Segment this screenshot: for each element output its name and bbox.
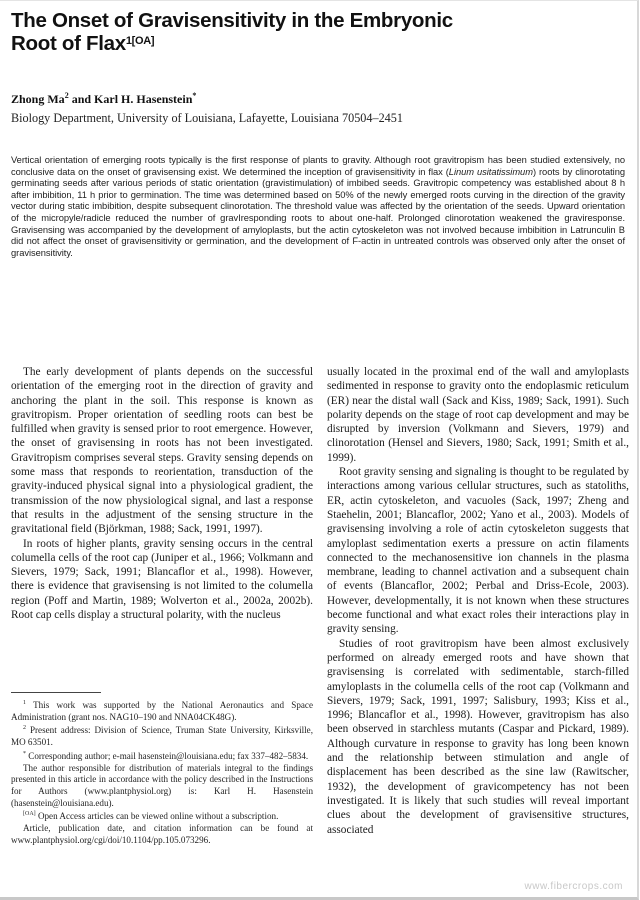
footnote: * Corresponding author; e-mail hasenstei… (11, 749, 313, 763)
author-conjunction: and (69, 92, 94, 106)
title-line-2: Root of Flax (11, 32, 126, 55)
footnote-marker: [OA] (23, 811, 36, 817)
body-paragraph: The early development of plants depends … (11, 365, 313, 537)
footnote-text: This work was supported by the National … (11, 700, 313, 722)
footnote: 2 Present address: Division of Science, … (11, 723, 313, 748)
body-column-left: The early development of plants depends … (11, 365, 313, 622)
footnote-text: The author responsible for distribution … (11, 763, 313, 808)
footnote: The author responsible for distribution … (11, 763, 313, 810)
footnote: Article, publication date, and citation … (11, 823, 313, 846)
abstract-text: ) roots by clinorotating germinating see… (11, 167, 625, 258)
footnote-text: Open Access articles can be viewed onlin… (36, 811, 279, 821)
footnote-text: Present address: Division of Science, Tr… (11, 725, 313, 747)
author-name: Karl H. Hasenstein (94, 92, 192, 106)
paper-page: The Onset of Gravisensitivity in the Emb… (0, 0, 639, 900)
footnote: [OA] Open Access articles can be viewed … (11, 809, 313, 823)
affiliation: Biology Department, University of Louisi… (11, 111, 403, 126)
body-paragraph: In roots of higher plants, gravity sensi… (11, 537, 313, 623)
footnote: 1 This work was supported by the Nationa… (11, 698, 313, 723)
body-paragraph: Root gravity sensing and signaling is th… (327, 465, 629, 637)
title-line-1: The Onset of Gravisensitivity in the Emb… (11, 9, 453, 32)
body-paragraph: usually located in the proximal end of t… (327, 365, 629, 465)
title-footnote-marker: 1[OA] (126, 35, 154, 47)
body-column-right: usually located in the proximal end of t… (327, 365, 629, 837)
abstract: Vertical orientation of emerging roots t… (11, 155, 625, 259)
article-title: The Onset of Gravisensitivity in the Emb… (11, 9, 611, 55)
species-name: Linum usitatissimum (449, 167, 533, 177)
footnote-divider (11, 692, 101, 693)
watermark: www.fibercrops.com (525, 881, 623, 892)
body-paragraph: Studies of root gravitropism have been a… (327, 637, 629, 837)
author-name: Zhong Ma (11, 92, 65, 106)
corresponding-author-marker: * (192, 91, 196, 100)
footnote-text: Corresponding author; e-mail hasenstein@… (26, 751, 308, 761)
footnotes: 1 This work was supported by the Nationa… (11, 698, 313, 847)
author-list: Zhong Ma2 and Karl H. Hasenstein* (11, 91, 196, 107)
footnote-text: Article, publication date, and citation … (11, 823, 313, 845)
